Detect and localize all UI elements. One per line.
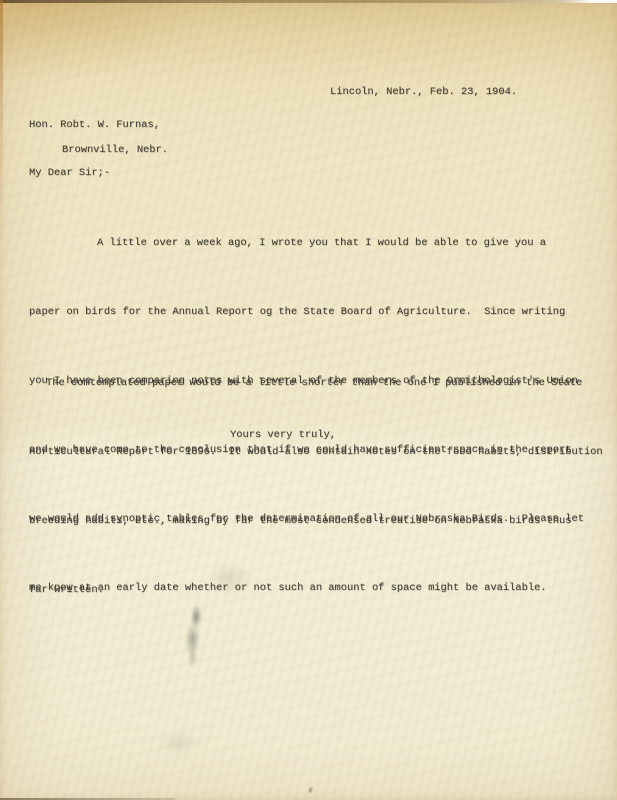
body-line: breeding habits, etc., making by far the… <box>29 510 603 533</box>
faint-smudge <box>208 562 252 596</box>
ink-smudge <box>181 599 208 666</box>
body-line: A little over a week ago, I wrote you th… <box>29 232 584 255</box>
scan-edge-top <box>0 0 617 3</box>
faint-smudge-bottom <box>158 732 200 754</box>
recipient-name: Hon. Robt. W. Furnas, <box>29 114 160 137</box>
body-line: The comtemplated paper would be a little… <box>29 372 603 395</box>
salutation: My Dear Sir;- <box>29 162 110 185</box>
body-line: far written. <box>29 579 603 602</box>
scan-edge-left <box>0 0 3 240</box>
letter-scan: Lincoln, Nebr., Feb. 23, 1904. Hon. Robt… <box>0 0 617 800</box>
body-paragraph-2: The comtemplated paper would be a little… <box>29 326 603 648</box>
dateline: Lincoln, Nebr., Feb. 23, 1904. <box>330 81 517 104</box>
recipient-address: Brownville, Nebr. <box>62 139 168 162</box>
body-line: paper on birds for the Annual Report og … <box>29 301 584 324</box>
closing-line: Yours very truly, <box>230 424 336 447</box>
